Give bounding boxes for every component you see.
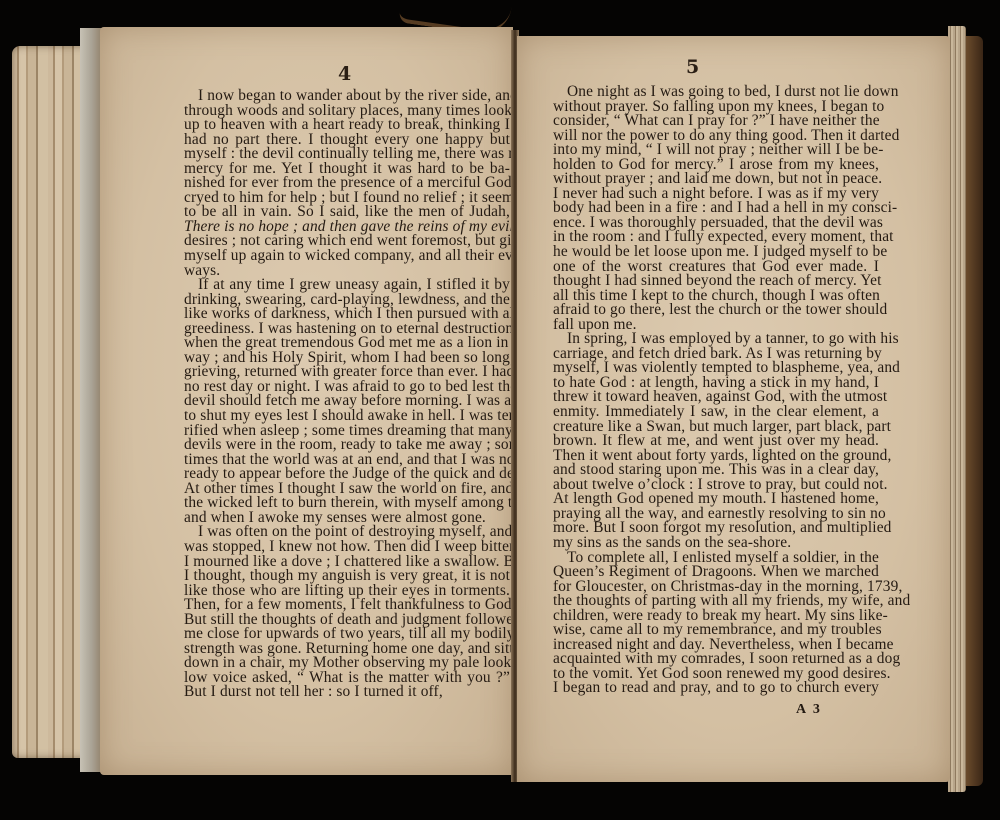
page-text: One night as I was going to bed, I durst… — [553, 85, 879, 696]
page-number: 5 — [686, 56, 699, 78]
page-text: I now began to wander about by the river… — [184, 89, 510, 700]
left-page: 4 I now began to wander about by the riv… — [100, 27, 513, 775]
page-number: 4 — [338, 63, 351, 85]
text-line: myself up again to wicked company, and a… — [184, 249, 510, 264]
right-page: 5 One night as I was going to bed, I dur… — [517, 36, 950, 782]
right-page-stack — [948, 26, 966, 792]
book-photo: 4 I now began to wander about by the riv… — [0, 0, 1000, 820]
signature-mark: A 3 — [796, 702, 822, 718]
text-line: I began to read and pray, and to go to c… — [553, 681, 879, 696]
text-line: But I durst not tell her : so I turned i… — [184, 685, 510, 700]
